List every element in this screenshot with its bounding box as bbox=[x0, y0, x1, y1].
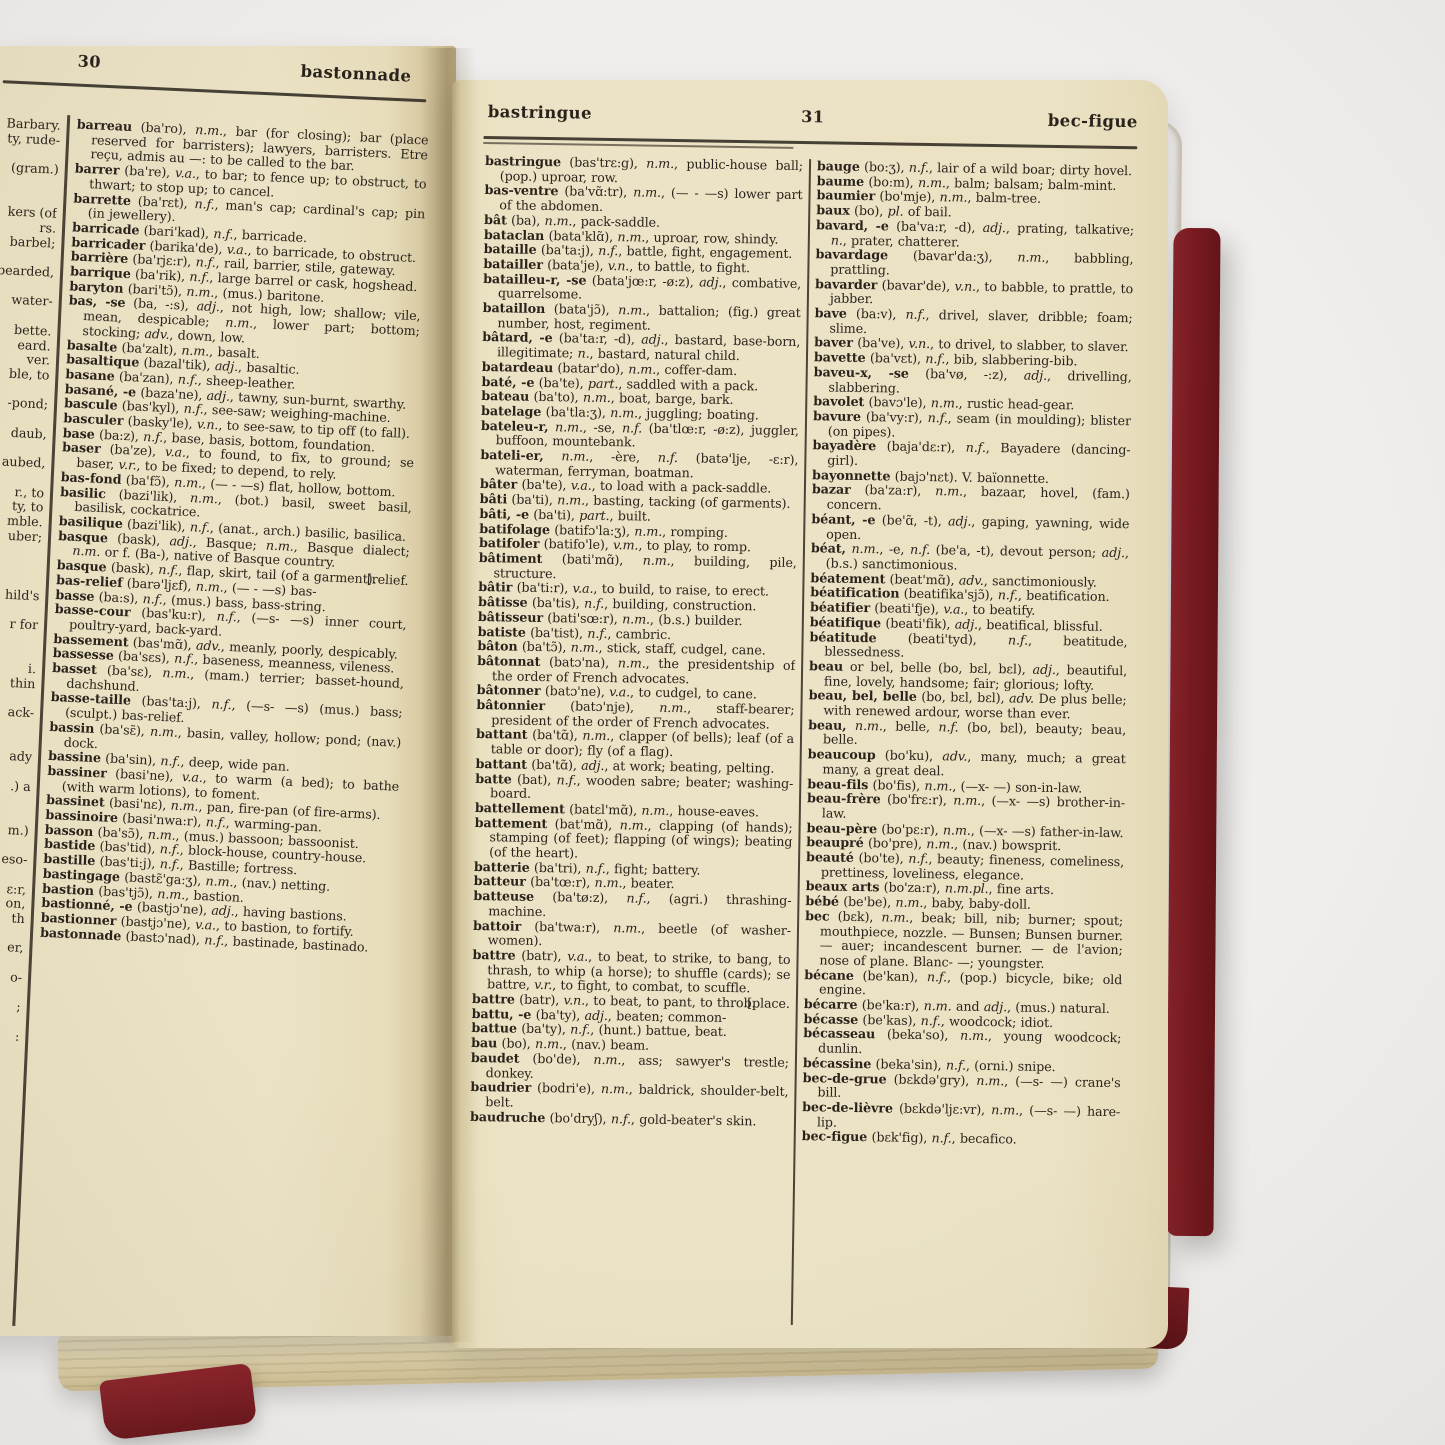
column-fragment-line bbox=[0, 836, 28, 853]
column-fragment-line bbox=[0, 865, 27, 882]
column-fragment-line: hild's bbox=[0, 586, 40, 603]
running-head-right-page-right: bec-figue bbox=[824, 107, 1138, 131]
dictionary-entry: bec (bɛk), n.m., beak; bill, nib; burner… bbox=[804, 909, 1123, 973]
column-fragment-line bbox=[0, 542, 42, 559]
column-fragment-line: thin bbox=[0, 674, 36, 691]
column-fragment-line: m.) bbox=[0, 821, 29, 838]
column-fragment-line: ; bbox=[0, 997, 21, 1014]
photo-scene: 30 bastonnade Barbary.ty, rude- (gram.) … bbox=[0, 0, 1445, 1445]
column-fragment-line bbox=[0, 807, 30, 824]
column-fragment-line bbox=[0, 557, 41, 574]
column-fragment-line: ɛ:r, bbox=[0, 880, 26, 897]
column-fragment-line bbox=[0, 630, 38, 647]
right-page: bastringue 31 bec-figue bastringue (bas'… bbox=[452, 80, 1168, 1348]
running-head-right-page-left: bastringue bbox=[488, 102, 802, 126]
column-fragment-line: o- bbox=[0, 968, 22, 985]
book-cover-right bbox=[1166, 228, 1220, 1236]
column-fragment-line: ty, rude- bbox=[2, 131, 61, 148]
column-fragment-line bbox=[0, 733, 33, 750]
column-fragment-line bbox=[0, 645, 37, 662]
column-fragment-line bbox=[0, 762, 32, 779]
column-fragment-line: i. bbox=[0, 660, 36, 677]
column-fragment-line: ack- bbox=[0, 704, 34, 721]
column-fragment-line: mble. bbox=[0, 513, 43, 530]
column-fragment-line bbox=[0, 953, 23, 970]
page-number-left: 30 bbox=[77, 52, 101, 72]
column-fragment-line: on, bbox=[0, 895, 26, 912]
left-page-header: 30 bastonnade bbox=[77, 52, 412, 86]
column-fragment-line: kers (of bbox=[0, 204, 57, 221]
dictionary-entry: battement (bat'mɑ̃), n.m., clapping (of … bbox=[474, 816, 793, 865]
column-fragment-line bbox=[0, 601, 39, 618]
header-rule-right bbox=[483, 136, 1137, 149]
column-fragment-line bbox=[0, 792, 30, 809]
left-page-main-column: barreau (ba'ro), n.m., bar (for closing)… bbox=[23, 118, 429, 1333]
column-fragment-line: eso- bbox=[0, 851, 28, 868]
right-page-column-1: bastringue (bas'trɛ:g), n.m., public-hou… bbox=[467, 154, 804, 1341]
column-fragment-line bbox=[0, 572, 40, 589]
column-fragment-line bbox=[0, 1012, 20, 1029]
column-fragment-line: bearded, bbox=[0, 263, 54, 280]
column-fragment-line bbox=[0, 924, 24, 941]
column-fragment-line: th bbox=[0, 909, 25, 926]
column-fragment-line: : bbox=[0, 1027, 20, 1044]
left-page-content: 30 bastonnade Barbary.ty, rude- (gram.) … bbox=[0, 27, 459, 1338]
column-fragment-line bbox=[0, 983, 22, 1000]
column-fragment-line: r for bbox=[0, 616, 38, 633]
column-fragment-line: -pond; bbox=[0, 395, 48, 412]
column-fragment-line: er, bbox=[0, 939, 24, 956]
running-head-left: bastonnade bbox=[300, 62, 412, 86]
column-fragment-line: .) a bbox=[0, 777, 31, 794]
column-fragment-line bbox=[0, 689, 35, 706]
page-number-right: 31 bbox=[801, 107, 825, 126]
column-fragment-line: ady bbox=[0, 748, 32, 765]
column-fragment-line: aubed, bbox=[0, 454, 46, 471]
right-page-header: bastringue 31 bec-figue bbox=[488, 102, 1138, 131]
left-page: 30 bastonnade Barbary.ty, rude- (gram.) … bbox=[0, 46, 456, 1336]
column-fragment-line bbox=[0, 718, 34, 735]
dictionary-entry: battre (batr), v.a., to beat, to strike,… bbox=[472, 948, 791, 997]
right-page-column-2: bauge (bo:ʒ), n.f., lair of a wild boar;… bbox=[799, 159, 1136, 1346]
header-rule-right-secondary bbox=[483, 142, 793, 148]
right-page-content: bastringue 31 bec-figue bastringue (bas'… bbox=[432, 80, 1168, 1359]
dictionary-entry: baudruche (bo'dryʃ), n.f., gold-beater's… bbox=[470, 1110, 788, 1130]
right-page-columns: bastringue (bas'trɛ:g), n.m., public-hou… bbox=[467, 154, 1137, 1346]
